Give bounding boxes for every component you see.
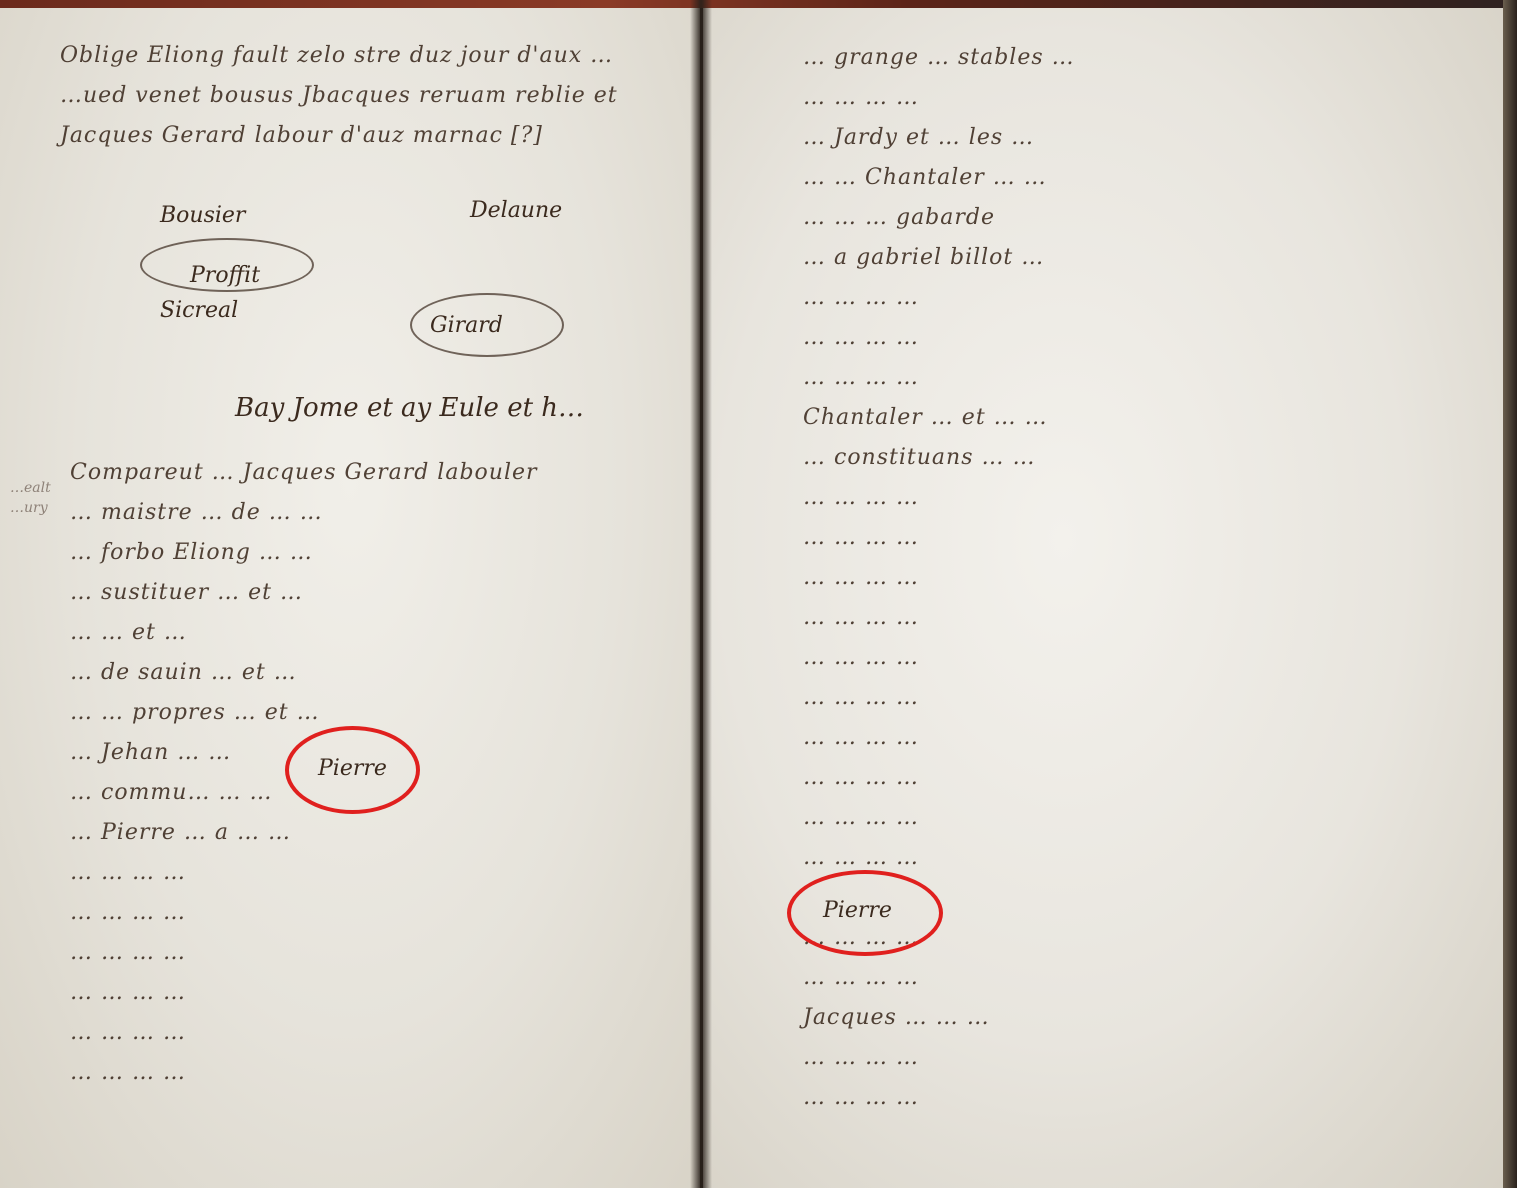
text-line: … constituans … … (803, 438, 1075, 478)
signature-block: Bousier Delaune Proffit Sicreal Girard (130, 188, 630, 388)
left-page: Oblige Eliong fault zelo stre duz jour d… (0, 8, 703, 1188)
signature: Bousier (160, 203, 245, 228)
left-header-text: Oblige Eliong fault zelo stre duz jour d… (60, 36, 618, 156)
text-line: … Jardy et … les … (803, 118, 1075, 158)
margin-note-line: …ury (10, 498, 51, 518)
book-edge (1503, 0, 1517, 1188)
text-line: … … … … (803, 958, 1075, 998)
text-line: … … et … (70, 613, 538, 653)
text-line: … … … … (803, 798, 1075, 838)
text-line: … forbo Eliong … … (70, 533, 538, 573)
text-line: … sustituer … et … (70, 573, 538, 613)
book-gutter (690, 0, 712, 1188)
text-line: … … … … (803, 1038, 1075, 1078)
text-line: … … … … (803, 518, 1075, 558)
text-line: … … … … (70, 973, 538, 1013)
right-body-text: … grange … stables … … … … … … Jardy et … (803, 38, 1075, 1118)
highlighted-word: Pierre (823, 898, 892, 923)
text-line: Oblige Eliong fault zelo stre duz jour d… (60, 36, 618, 76)
text-line: … grange … stables … (803, 38, 1075, 78)
text-line: Jacques Gerard labour d'auz marnac [?] (60, 116, 618, 156)
text-line: … … … … (803, 678, 1075, 718)
text-line: … … … … (803, 598, 1075, 638)
text-line: … … … … (803, 318, 1075, 358)
text-line: … … Chantaler … … (803, 158, 1075, 198)
entry-heading: Bay Jome et ay Eule et h… (235, 393, 584, 423)
text-line: … … … … (803, 478, 1075, 518)
signature-flourish (410, 293, 564, 357)
text-line: … … … … (70, 1053, 538, 1093)
text-line: …ued venet bousus Jbacques reruam reblie… (60, 76, 618, 116)
text-line: … maistre … de … … (70, 493, 538, 533)
text-line: Jacques … … … (803, 998, 1075, 1038)
text-line: Chantaler … et … … (803, 398, 1075, 438)
text-line: … … … … (803, 1078, 1075, 1118)
text-line: … … … … (803, 278, 1075, 318)
signature: Delaune (470, 198, 562, 223)
highlighted-word: Pierre (318, 756, 387, 781)
text-line: … … … … (803, 718, 1075, 758)
text-line: … … … … (70, 1013, 538, 1053)
text-line: … de sauin … et … (70, 653, 538, 693)
text-line: … … … … (803, 558, 1075, 598)
text-line: … … … … (803, 638, 1075, 678)
text-line: Compareut … Jacques Gerard labouler (70, 453, 538, 493)
text-line: … … … … (70, 933, 538, 973)
text-line: … a gabriel billot … (803, 238, 1075, 278)
signature: Sicreal (160, 298, 238, 323)
margin-note: …ealt …ury (10, 478, 51, 518)
text-line: … … propres … et … (70, 693, 538, 733)
margin-note-line: …ealt (10, 478, 51, 498)
text-line: … Pierre … a … … (70, 813, 538, 853)
signature-flourish (140, 238, 314, 292)
text-line: … … … … (70, 853, 538, 893)
text-line: … … … gabarde (803, 198, 1075, 238)
right-page: … grange … stables … … … … … … Jardy et … (703, 8, 1503, 1188)
text-line: … … … … (803, 358, 1075, 398)
text-line: … … … … (803, 758, 1075, 798)
text-line: … … … … (803, 78, 1075, 118)
text-line: … … … … (70, 893, 538, 933)
manuscript-spread: Oblige Eliong fault zelo stre duz jour d… (0, 0, 1517, 1188)
